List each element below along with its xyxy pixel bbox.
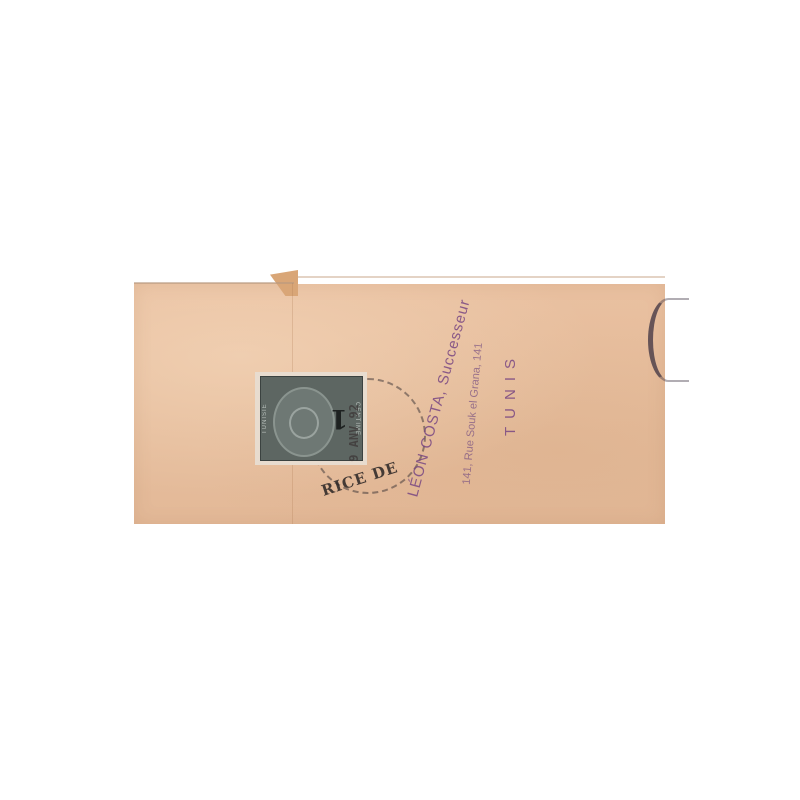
handstamp-city: TUNIS [502,326,519,436]
stamp-value: 1 [330,403,348,433]
coat-of-arms-icon [289,407,319,439]
torn-edge-gap [290,262,670,284]
postmark-date: 9 ANV 92 [348,404,361,462]
wrapper-top-edge-right [298,276,665,278]
stamp-country: TUNISIE [262,383,272,454]
wrapper-top-edge-left [134,282,294,284]
edge-postmark [648,298,689,382]
